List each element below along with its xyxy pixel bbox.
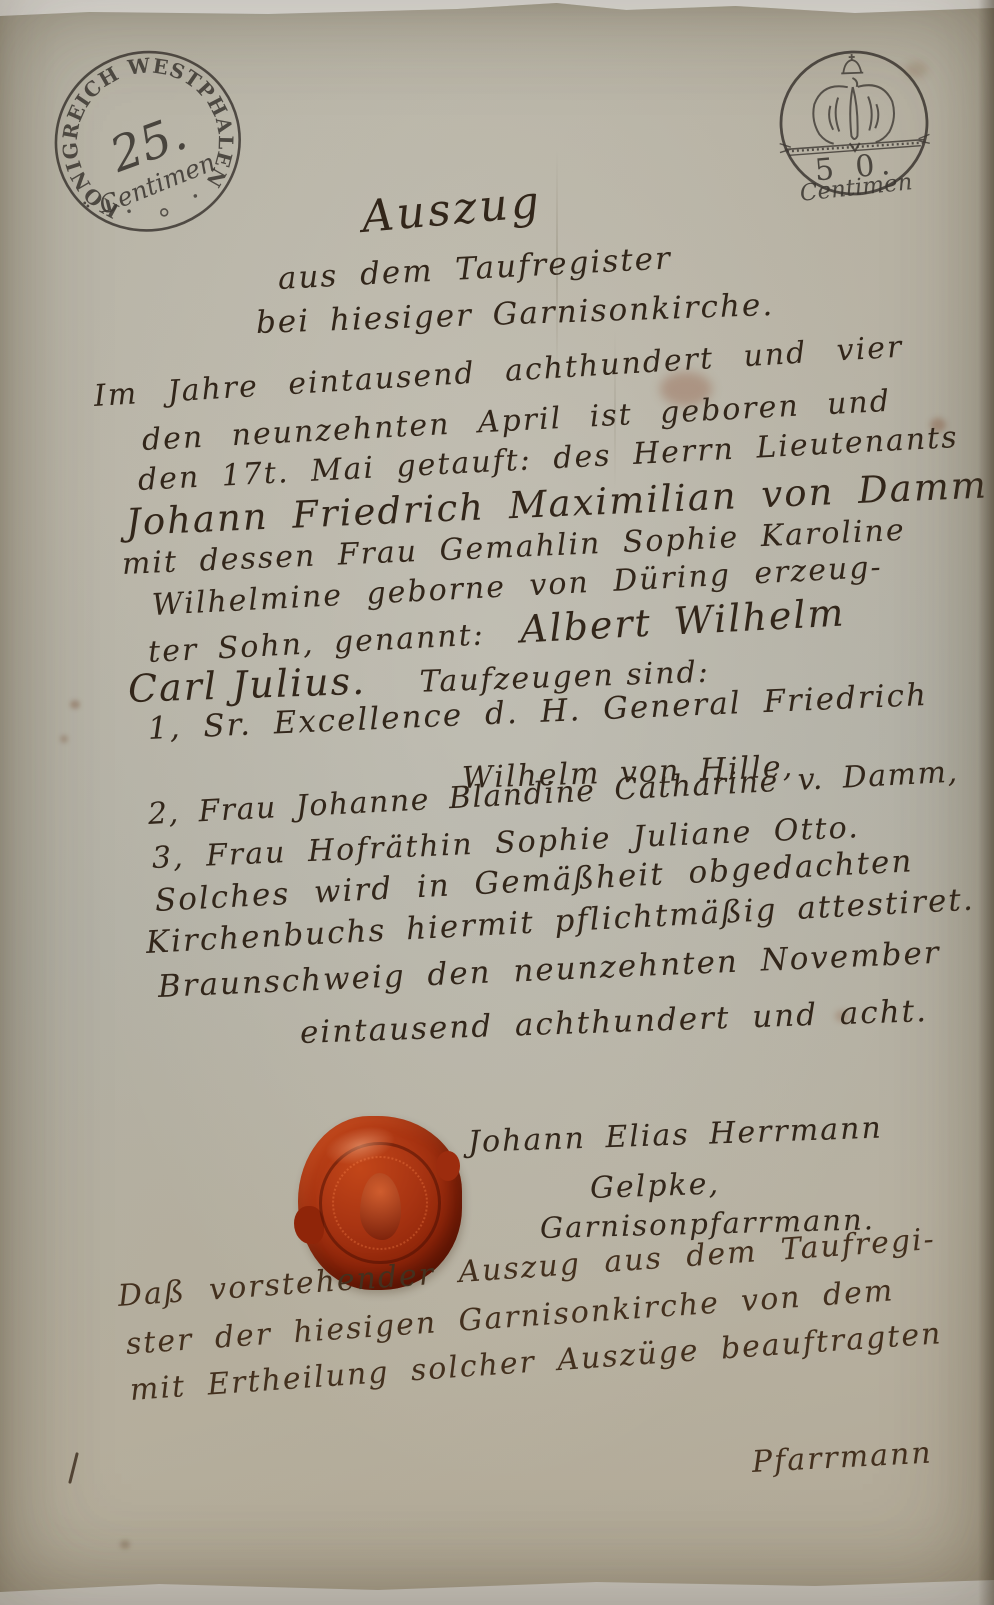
scanned-document: KÖNIGREICH WESTPHALEN 25. Centimen	[0, 0, 994, 1605]
fee-stamp-eagle: 5 0. Centimen	[765, 43, 942, 203]
signature-surname: Gelpke,	[589, 1169, 720, 1204]
crowned-eagle-icon: 5 0. Centimen	[765, 43, 942, 203]
scan-edge-shadow	[978, 0, 994, 1605]
